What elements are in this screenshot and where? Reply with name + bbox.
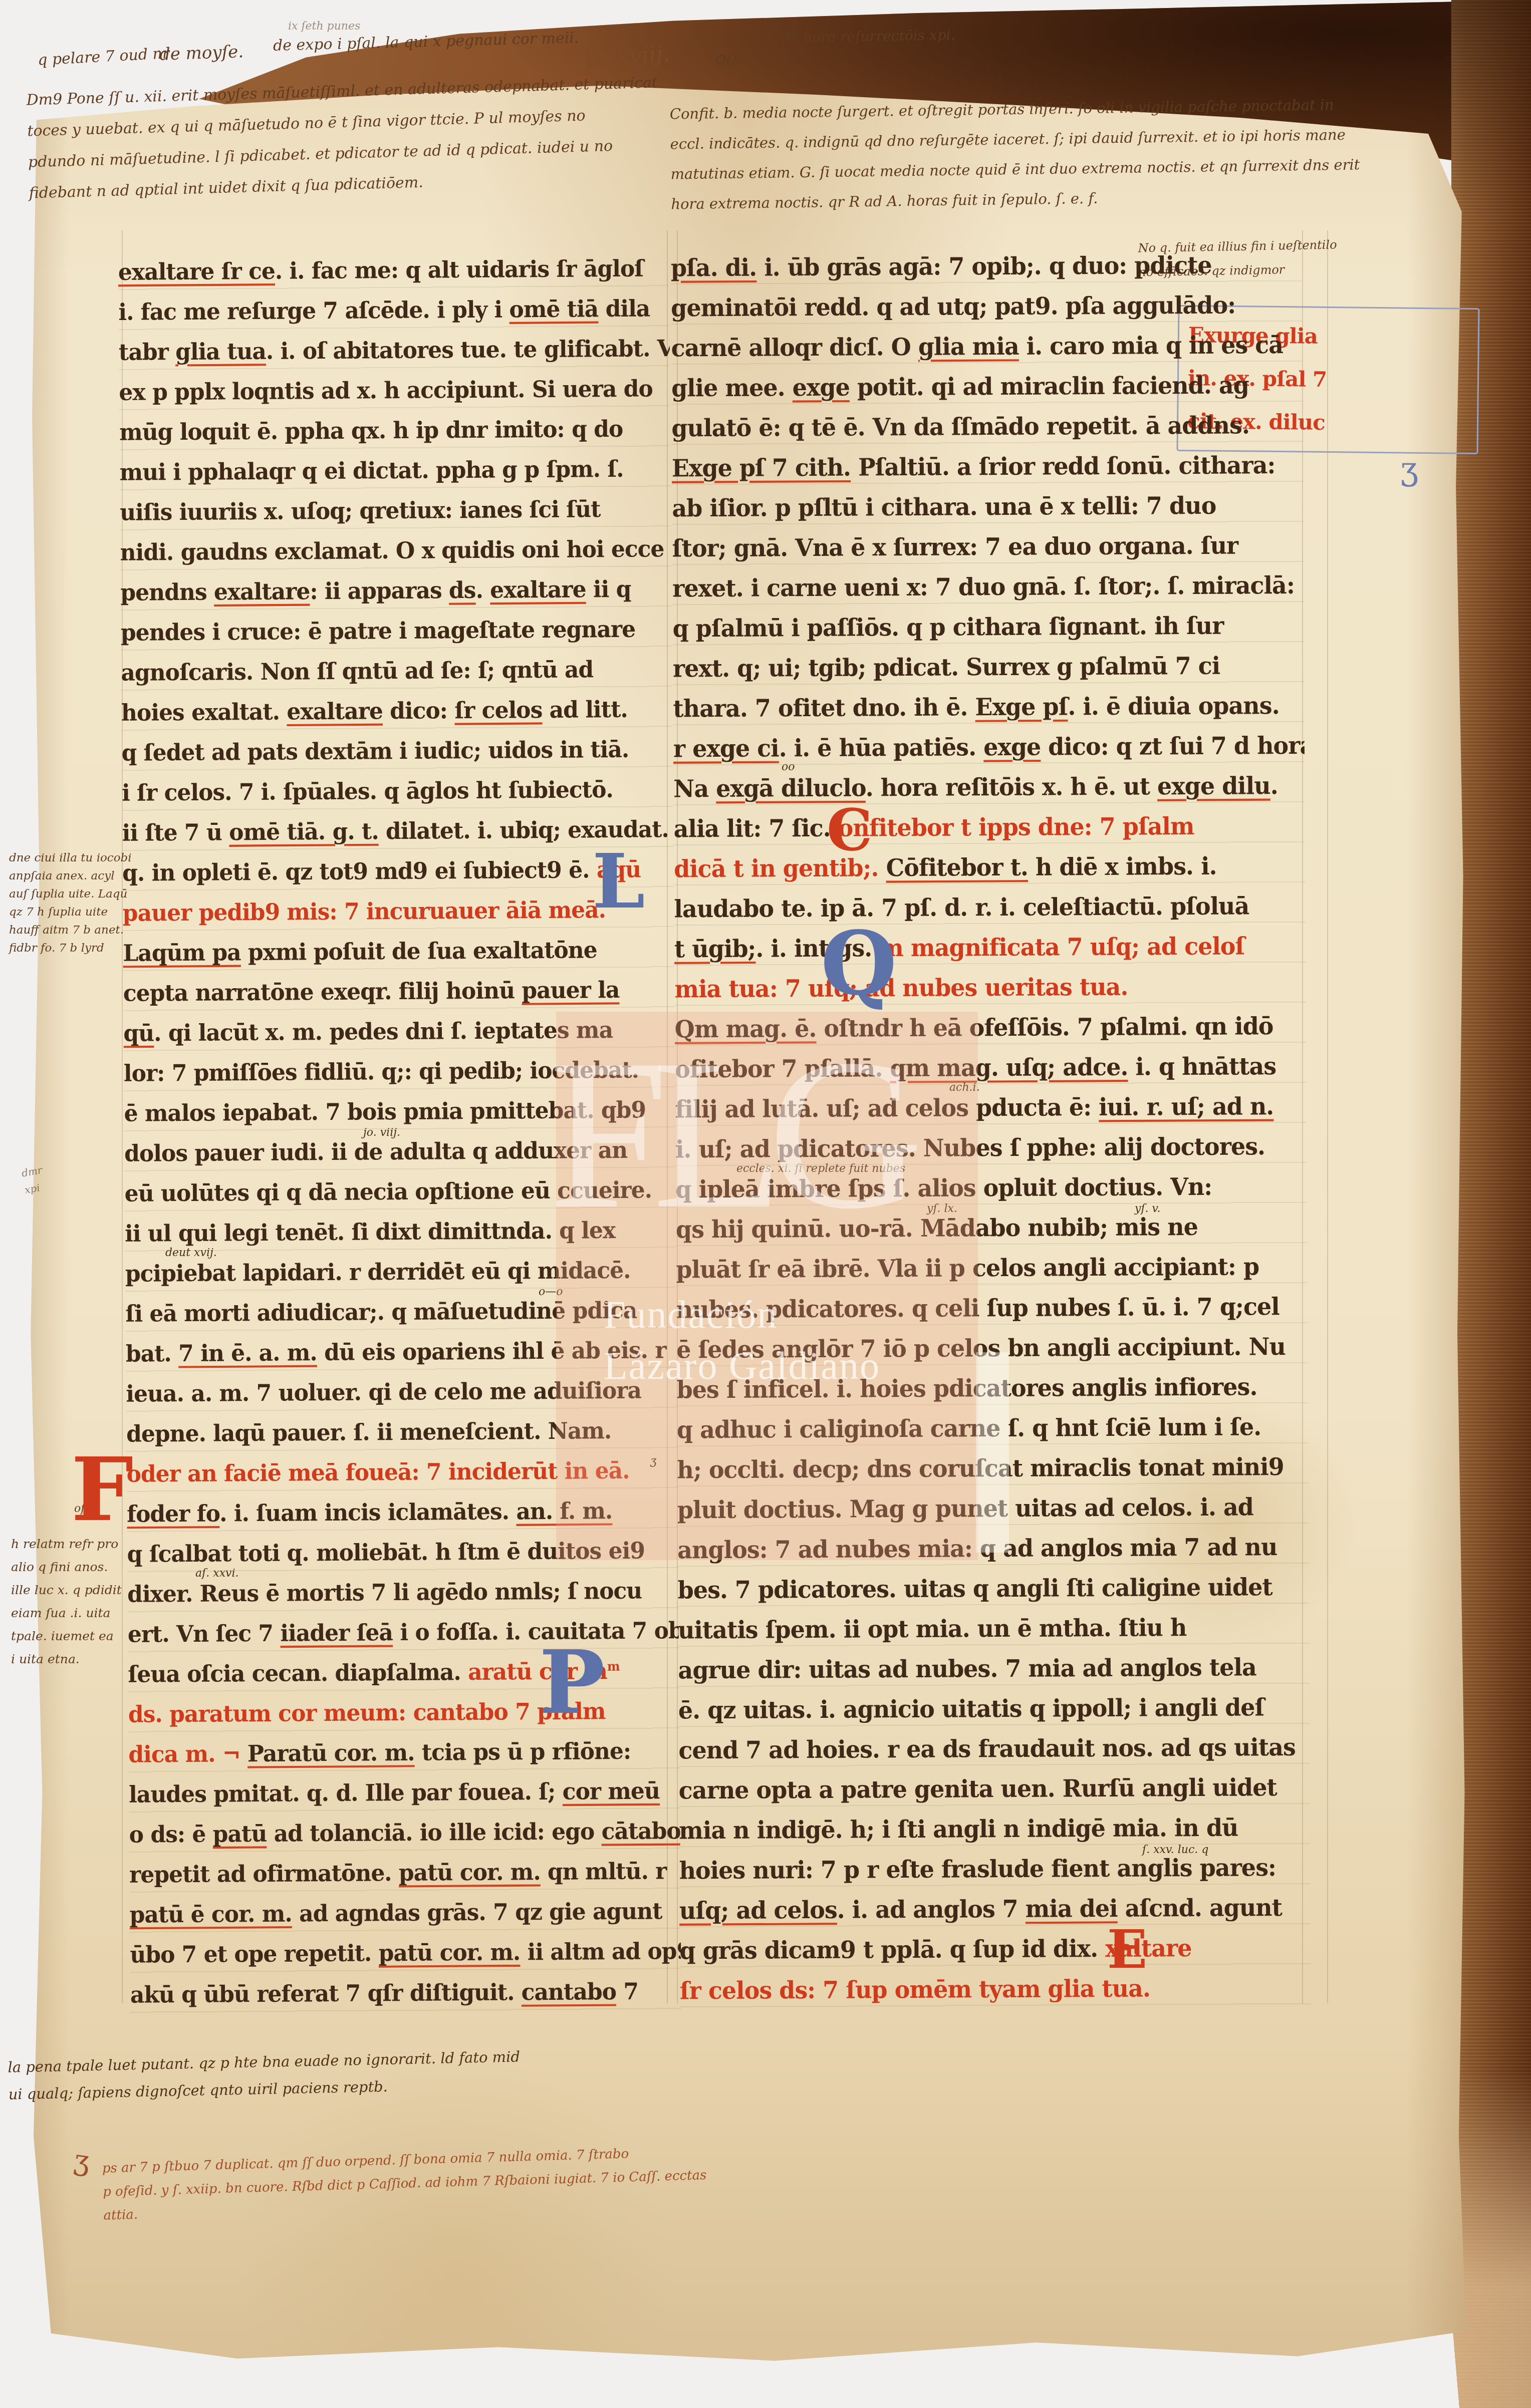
text-segment: i. q hnāttas xyxy=(1128,1052,1276,1081)
text-segment: pendes i cruce: ē patre i mageſtate regn… xyxy=(121,616,636,646)
decorated-initial: C xyxy=(827,807,873,853)
text-segment: . i. fac me: q alt uidaris ſr āgloſ xyxy=(275,256,644,284)
manuscript-line: agrue dir: uitas ad nubes. 7 mia ad angl… xyxy=(678,1653,1309,1698)
manuscript-line: oder an faciē meā foueā: 7 inciderūt in … xyxy=(126,1457,678,1503)
text-segment: mui i pphalaqr q ei dictat. ppha g p ſpm… xyxy=(119,456,623,486)
text-segment: carnē alloqr dicſ. O xyxy=(671,333,918,362)
interlinear-note: o—o xyxy=(539,1286,563,1298)
text-segment: agnoſcaris. Non ſſ qntū ad ſe: ſ; qntū a… xyxy=(121,657,593,687)
text-segment: ii ſte 7 ū xyxy=(122,819,229,847)
gloss-line: xpi xyxy=(23,1178,47,1198)
text-segment: ab iſior. p pſltū i cithara. una ē x tel… xyxy=(672,491,1216,522)
text-segment: . xyxy=(1270,771,1278,799)
manuscript-line: Exge pſ 7 cith. Pſaltiū. a ſrior redd ſo… xyxy=(672,451,1303,496)
rubric-segment: Exge pſ xyxy=(975,693,1068,721)
manuscript-line: q grās dicam9 t pplā. q ſup id dix. xalt… xyxy=(679,1933,1311,1978)
decorated-initial: F xyxy=(71,1455,133,1525)
text-segment: i. fac me reſurge 7 aſcēde. i ply i xyxy=(118,296,509,326)
manuscript-line: r exge ci. i. ē hūa patiēs. exge dico: q… xyxy=(673,731,1305,776)
text-segment: pendns xyxy=(120,579,214,606)
text-segment: dico: q zt ſui 7 d hora. xyxy=(1041,731,1311,761)
manuscript-line: mia tua: 7 uſq; ad nubes ueritas tua. xyxy=(674,972,1306,1017)
gloss-line: tpale. iuemet ea xyxy=(11,1625,122,1648)
interlinear-note: jo. viij. xyxy=(363,1126,400,1139)
rubric-segment: cātabo. xyxy=(601,1818,681,1845)
rubric-segment: mia tua: 7 uſq; ad nubes ueritas tua. xyxy=(674,973,1128,1003)
rubric-segment: exaltare ſr ce xyxy=(118,258,275,285)
manuscript-line: mia n indigē. h; i ſti angli n indigē mi… xyxy=(679,1813,1310,1858)
rubric-segment: t ūgib; xyxy=(674,935,756,963)
text-segment: bes ſ inficel. i. hoies pdicatores angli… xyxy=(676,1373,1257,1404)
manuscript-line: Na exgā diluclo. hora reſitōis x. h ē. u… xyxy=(673,771,1305,816)
rubric-segment: patū ē cor. m. xyxy=(130,1901,292,1928)
manuscript-line: alia lit: 7 ſic. onfitebor t ipps dne: 7… xyxy=(674,811,1305,856)
manuscript-line: pcipiebat lapidari. r derridēt eū qi mid… xyxy=(125,1257,677,1303)
manuscript-line: uſq; ad celos. i. ad anglos 7 mia dei aſ… xyxy=(679,1893,1311,1938)
text-segment: uiſis iuuriis x. uſoq; qretiux: ianes ſc… xyxy=(120,496,601,526)
text-segment: mia n indigē. h; i ſti angli n indigē mi… xyxy=(679,1814,1238,1845)
text-segment: q grās dicam9 t pplā. q ſup id dix. xyxy=(679,1934,1105,1965)
text-segment: i o foſſa. i. cauitata 7 ob xyxy=(393,1617,682,1646)
text-segment: pluāt ſr eā ibrē. Vla ii p celos angli a… xyxy=(676,1253,1259,1284)
manuscript-line: ſtor; gnā. Vna ē x ſurrex: 7 ea duo orga… xyxy=(672,531,1304,576)
gloss-line: eiam ſua .i. uita xyxy=(11,1602,122,1625)
rubric-segment: glia tua xyxy=(175,338,266,365)
manuscript-line: laudabo te. ip ā. 7 pſ. d. r. i. celeſti… xyxy=(674,891,1305,937)
manuscript-line: agnoſcaris. Non ſſ qntū ad ſe: ſ; qntū a… xyxy=(121,656,672,702)
manuscript-line: eū uolūtes qi q dā necia opſtione eū ccu… xyxy=(124,1177,676,1223)
manuscript-line: pendes i cruce: ē patre i mageſtate regn… xyxy=(121,616,672,662)
text-segment: hoies nuri: 7 p r eſte fraslude fient an… xyxy=(679,1853,1276,1884)
manuscript-line: nubes. pdicatores. q celi ſup nubes ſ. ū… xyxy=(676,1292,1308,1337)
text-segment: h; occlti. decp; dns coruſcat miraclis t… xyxy=(677,1452,1284,1484)
rubric-segment: exaltare xyxy=(214,578,310,606)
rubric-segment: Paratū cor. m. xyxy=(247,1739,415,1767)
interlinear-note: ach.i. xyxy=(949,1081,980,1094)
manuscript-line: ē. qz uitas. i. agnicio uitatis q ippoll… xyxy=(678,1693,1310,1738)
rubric-segment: exaltare xyxy=(490,576,586,604)
text-segment: q ſedet ad pats dextām i iudic; uidos in… xyxy=(121,736,629,766)
text-segment: rext. q; ui; tgib; pdicat. Surrex g pſal… xyxy=(673,652,1220,683)
text-segment: . hora reſitōis x. h ē. ut xyxy=(866,772,1158,802)
rubric-segment: oder an faciē meā foueā: 7 inciderūt in … xyxy=(126,1457,629,1487)
text-segment: Pſaltiū. a ſrior redd ſonū. cithara: xyxy=(851,451,1275,481)
text-segment: ſtor; gnā. Vna ē x ſurrex: 7 ea duo orga… xyxy=(672,531,1238,562)
gloss-line: ille luc x. q pdidit xyxy=(11,1579,122,1602)
rubric-segment: r exge ci xyxy=(673,734,779,763)
manuscript-line: hoies exaltat. exaltare dico: ſr celos a… xyxy=(121,696,673,742)
text-segment: Na xyxy=(673,774,716,803)
text-column-right: pſa. di. i. ūb grās agā: 7 opib;. q duo:… xyxy=(671,251,1312,2038)
text-segment: dixer. Reus ē mortis 7 li agēdo nmls; ſ … xyxy=(127,1578,642,1608)
text-segment: . i. ſuam incis iclamātes. xyxy=(219,1498,516,1527)
rubric-segment: exaltare xyxy=(287,698,383,725)
decorated-initial: E xyxy=(1107,1928,1147,1970)
manuscript-line: gulatō ē: q tē ē. Vn da ſſmādo repetit. … xyxy=(671,411,1303,456)
text-segment: ē malos iepabat. 7 bois pmia pmittebat. … xyxy=(124,1097,646,1127)
rubric-segment: patū cor. m. xyxy=(378,1939,520,1967)
text-segment: lor: 7 pmiſſōes fidliū. q;: qi pedib; io… xyxy=(124,1057,639,1087)
interlinear-note: eccles. xi. ſi replete fuit nubes xyxy=(736,1162,905,1175)
text-segment: ofitebor 7 pſallā. xyxy=(675,1054,890,1083)
rubric-segment: ds xyxy=(449,577,476,604)
text-segment: ex p pplx loqntis ad x. h accipiunt. Si … xyxy=(119,376,653,406)
manuscript-line: patū ē cor. m. ad agndas grās. 7 qz gie … xyxy=(130,1898,681,1944)
text-segment: pluit doctius. Mag g punet uitas ad celo… xyxy=(677,1493,1253,1524)
rubric-segment: m xyxy=(607,1659,620,1674)
text-segment: q ipleā imbre ſps ſ. alios opluit doctiu… xyxy=(675,1172,1212,1203)
manuscript-line: ūbo 7 et ope repetit. patū cor. m. ii al… xyxy=(130,1938,681,1984)
text-segment: ii ul qui legi tenēt. ſi dixt dimittnda.… xyxy=(125,1217,615,1247)
manuscript-line: dolos pauer iudi. ii de adulta q adduxer… xyxy=(124,1137,676,1182)
decorated-initial: L xyxy=(592,851,645,912)
text-segment: nubes. pdicatores. q celi ſup nubes ſ. ū… xyxy=(676,1292,1280,1323)
rubric-segment: Laqūm pa xyxy=(123,940,241,967)
text-segment: ē. qz uitas. i. agnicio uitatis q ippoll… xyxy=(678,1693,1264,1724)
rubric-segment: omē tiā xyxy=(509,296,598,323)
text-segment: mūg loquit ē. ppha qx. h ip dnr imito: q… xyxy=(119,416,623,446)
text-segment: h diē x imbs. i. xyxy=(1028,852,1217,881)
rubric-segment: pauer pedib9 mis: 7 incuruauer āiā meā. xyxy=(123,897,606,927)
top-left-gloss: Dm9 Pone ſſ u. xii. erit moyſes māſuetiſ… xyxy=(26,67,661,209)
rubric-segment: an. f. m. xyxy=(516,1497,612,1525)
text-segment: nidi. gaudns exclamat. O x quidis oni ho… xyxy=(120,536,664,566)
text-segment: bes. 7 pdicatores. uitas q angli ſti cal… xyxy=(678,1573,1272,1604)
text-segment: carne opta a patre genita uen. Rurſū ang… xyxy=(679,1773,1277,1804)
text-segment: laudabo te. ip ā. 7 pſ. d. r. i. celeſti… xyxy=(674,892,1249,923)
interlinear-note: yſ. v. xyxy=(1135,1202,1160,1215)
ruling-line xyxy=(1327,230,1328,2003)
text-segment: repetit ad ofirmatōne. xyxy=(129,1860,399,1888)
decorated-initial: P xyxy=(539,1648,605,1718)
text-column-left: exaltare ſr ce. i. fac me: q alt uidaris… xyxy=(118,256,682,2033)
rubric-segment: exge xyxy=(983,733,1041,761)
text-segment: . i. ē diuia opans. xyxy=(1068,691,1279,720)
manuscript-line: lor: 7 pmiſſōes fidliū. q;: qi pedib; io… xyxy=(124,1057,675,1102)
rubric-segment: omē tiā. g. t. xyxy=(229,818,379,846)
text-segment: ē ſedes anglōr 7 iō p celos bn angli acc… xyxy=(676,1332,1286,1364)
text-segment: ad tolanciā. io ille icid: ego xyxy=(267,1819,602,1848)
text-segment: i. caro mia q in es cā xyxy=(1019,331,1284,360)
text-segment: q adhuc i caliginoſa carne ſ. q hnt ſciē… xyxy=(677,1413,1261,1444)
manuscript-line: pendns exaltare: ii apparas ds. exaltare… xyxy=(120,576,672,622)
text-segment: i. ūb grās agā: 7 opib;. q duo: pdicte xyxy=(756,251,1212,281)
manuscript-line: o ds: ē patū ad tolanciā. io ille icid: … xyxy=(129,1818,680,1864)
rubric-segment: Qm mag. ē. xyxy=(675,1014,817,1043)
rubric-segment: ſr celos xyxy=(454,697,542,724)
header-faint-note: ix ſeth punes xyxy=(288,20,360,33)
manuscript-line: foder fo. i. ſuam incis iclamātes. an. f… xyxy=(127,1497,678,1543)
rubric-segment: cor meū xyxy=(563,1778,660,1805)
text-segment: . xyxy=(475,577,490,604)
text-segment: akū q ūbū referat 7 qſr diſtiguit. xyxy=(130,1979,522,2008)
manuscript-line: repetit ad ofirmatōne. patū cor. m. qn m… xyxy=(129,1858,681,1904)
manuscript-line: pſa. di. i. ūb grās agā: 7 opib;. q duo:… xyxy=(671,251,1302,295)
rubric-segment: iui. r. uſ; ad n. xyxy=(1099,1092,1273,1121)
text-segment: q pſalmū i paſſiōs. q p cithara ſignant.… xyxy=(672,612,1223,643)
header-oo-mark: oo xyxy=(715,48,737,69)
interlinear-note: aſ. xxvi. xyxy=(195,1567,239,1580)
manuscript-line: hoies nuri: 7 p r eſte fraslude fient an… xyxy=(679,1853,1310,1898)
header-title-moyse: de moyſe. xyxy=(159,42,243,65)
text-segment: pcipiebat lapidari. r derridēt eū qi mid… xyxy=(125,1257,631,1287)
manuscript-line: depne. laqū pauer. ſ. ii meneſcient. Nam… xyxy=(126,1417,678,1463)
manuscript-line: filij ad lutā. uſ; ad celos pducta ē: iu… xyxy=(675,1092,1306,1137)
text-segment: ii altm ad op9 xyxy=(520,1938,681,1965)
text-segment: rexet. i carne ueni x: 7 duo gnā. ſ. ſto… xyxy=(672,571,1295,603)
text-segment: eū uolūtes qi q dā necia opſtione eū ccu… xyxy=(124,1177,652,1207)
text-segment: i. uſ; ad pdicatores. Nubes ſ pphe: alij… xyxy=(675,1132,1265,1163)
manuscript-line: mūg loquit ē. ppha qx. h ip dnr imito: q… xyxy=(119,416,671,461)
manuscript-line: tabr glia tua. i. oſ abitatores tue. te … xyxy=(119,336,670,381)
text-segment: . i. oſ abitatores tue. te glificabt. Vl xyxy=(266,335,682,365)
text-segment: potit. qi ad miraclin faciend. ag xyxy=(850,371,1249,401)
text-segment: ii q xyxy=(586,576,631,603)
paraph-curl-icon: ʒ xyxy=(1400,451,1418,488)
manuscript-photo: ix ſeth punes q pelare 7 oud nr de moyſe… xyxy=(0,0,1531,2408)
text-segment: tcia ps ū p rfiōne: xyxy=(414,1738,631,1766)
manuscript-line: bat. 7 in ē. a. m. dū eis opariens ihl ē… xyxy=(126,1337,677,1383)
text-segment: uitatis ſpem. ii opt mia. un ē mtha. ſti… xyxy=(678,1613,1187,1644)
manuscript-line: ieua. a. m. 7 uoluer. qi de celo me adui… xyxy=(126,1377,677,1423)
manuscript-line: ex p pplx loqntis ad x. h accipiunt. Si … xyxy=(119,376,670,421)
text-segment: gulatō ē: q tē ē. Vn da ſſmādo repetit. … xyxy=(671,411,1249,442)
text-segment: thara. 7 ofitet dno. ih ē. xyxy=(673,693,975,723)
manuscript-line: nidi. gaudns exclamat. O x quidis oni ho… xyxy=(120,536,672,581)
manuscript-line: pluāt ſr eā ibrē. Vla ii p celos angli a… xyxy=(676,1252,1307,1297)
manuscript-line: q adhuc i caliginoſa carne ſ. q hnt ſciē… xyxy=(677,1412,1308,1457)
manuscript-line: q ipleā imbre ſps ſ. alios opluit doctiu… xyxy=(675,1172,1307,1217)
text-segment: i ſr celos. 7 i. ſpūales. q āglos ht ſub… xyxy=(122,776,613,806)
manuscript-line: anglos: 7 ad nubes mia: q ad anglos mia … xyxy=(677,1533,1309,1578)
manuscript-line: qs hij quinū. uo-rā. Mādabo nubib; mis n… xyxy=(676,1212,1307,1257)
manuscript-line: pluit doctius. Mag g punet uitas ad celo… xyxy=(677,1492,1309,1538)
interlinear-note: ʒ xyxy=(650,1455,656,1467)
manuscript-line: ii ſte 7 ū omē tiā. g. t. dilatet. i. ub… xyxy=(122,816,673,862)
text-segment: bat. xyxy=(126,1340,179,1367)
text-segment: ūbo 7 et ope repetit. xyxy=(130,1940,379,1969)
manuscript-line: q ſedet ad pats dextām i iudic; uidos in… xyxy=(121,736,673,782)
manuscript-line: cend 7 ad hoies. r ea ds fraudauit nos. … xyxy=(678,1733,1310,1778)
rubric-segment: Exge pſ 7 cith. xyxy=(672,453,851,482)
text-segment: agrue dir: uitas ad nubes. 7 mia ad angl… xyxy=(678,1653,1256,1684)
text-segment: dico: xyxy=(383,698,455,725)
text-segment: laudes pmitat. q. d. Ille par fouea. ſ; xyxy=(129,1778,563,1808)
manuscript-line: dica m. ¬ Paratū cor. m. tcia ps ū p rfi… xyxy=(128,1738,680,1783)
rubric-segment: mia dei xyxy=(1026,1894,1118,1923)
manuscript-line: ſr celos ds: 7 ſup omēm tyam glia tua. xyxy=(680,1973,1311,2018)
text-segment: ad litt. xyxy=(542,696,628,723)
manuscript-line: t ūgib;. i. int gs. m magnificata 7 uſq;… xyxy=(674,932,1306,977)
text-segment: . i. ē hūa patiēs. xyxy=(779,733,984,762)
manuscript-line: thara. 7 ofitet dno. ih ē. Exge pſ. i. ē… xyxy=(673,691,1304,736)
manuscript-line: rexet. i carne ueni x: 7 duo gnā. ſ. ſto… xyxy=(672,571,1304,616)
text-segment: oſtndr h eā ofeſſōis. 7 pſalmi. qn idō xyxy=(816,1012,1273,1042)
rubric-segment: cantabo xyxy=(522,1978,617,2005)
text-segment: hoies exaltat. xyxy=(121,699,287,726)
text-segment: anglos: 7 ad nubes mia: q ad anglos mia … xyxy=(677,1533,1277,1564)
text-segment: dila xyxy=(598,295,650,323)
manuscript-line: i. fac me reſurge 7 aſcēde. i ply i omē … xyxy=(118,295,670,341)
rubric-segment: ds. paratum cor meum: cantabo 7 pſalm xyxy=(128,1698,606,1728)
text-segment: cend 7 ad hoies. r ea ds fraudauit nos. … xyxy=(678,1733,1296,1764)
manuscript-line: carnē alloqr dicſ. O glia mia i. caro mi… xyxy=(671,331,1303,376)
text-segment: ieua. a. m. 7 uoluer. qi de celo me adui… xyxy=(126,1377,641,1407)
rubric-segment: Cōfitebor t. xyxy=(886,853,1028,882)
rubric-segment: onfitebor t ipps dne: 7 pſalm xyxy=(838,812,1194,842)
rubric-segment: ſr celos ds: 7 ſup omēm tyam glia tua. xyxy=(680,1974,1150,2005)
header-note-left: q pelare 7 oud nr xyxy=(37,45,170,69)
manuscript-line: carne opta a patre genita uen. Rurſū ang… xyxy=(679,1773,1310,1818)
bottom-left-note: la pena tpale luet putant. qz p hte bna … xyxy=(8,2043,521,2108)
manuscript-line: uitatis ſpem. ii opt mia. un ē mtha. ſti… xyxy=(678,1613,1309,1658)
top-right-gloss: Confit. b. media nocte ſurgert. et oſtre… xyxy=(669,89,1360,219)
rubric-segment: 7 in ē. a. m. xyxy=(178,1340,317,1367)
header-note-right: de hora reſurrectōis xpi. xyxy=(782,27,955,46)
text-segment: geminatōi redd. q ad utq; pat9. pſa aggu… xyxy=(671,291,1235,322)
text-segment: q ſcalbat toti q. moliebāt. h ſtm ē duit… xyxy=(127,1538,645,1568)
text-segment: ſi eā morti adiudicar;. q māſuetudinē pd… xyxy=(125,1297,637,1327)
text-segment: qs hij quinū. uo-rā. Mādabo nubib; mis n… xyxy=(676,1213,1198,1244)
rubric-segment: pauer la xyxy=(522,977,619,1004)
rubric-segment: dica m. ¬ xyxy=(128,1741,247,1768)
manuscript-line: bes ſ inficel. i. hoies pdicatores angli… xyxy=(676,1372,1308,1417)
manuscript-line: geminatōi redd. q ad utq; pat9. pſa aggu… xyxy=(671,290,1302,336)
text-segment: . i. ad anglos 7 xyxy=(837,1895,1026,1924)
text-segment: : ii apparas xyxy=(310,577,449,605)
manuscript-line: akū q ūbū referat 7 qſr diſtiguit. canta… xyxy=(130,1978,682,2024)
manuscript-line: dixer. Reus ē mortis 7 li agēdo nmls; ſ … xyxy=(127,1578,679,1623)
text-segment: ſeua oſcia cecan. diapſalma. xyxy=(128,1659,468,1688)
rubric-segment: glia mia xyxy=(918,332,1019,361)
manuscript-line: Laqūm pa pxmi poſuit de ſua exaltatōne xyxy=(123,937,674,982)
rubric-segment: qm mag. uſq; adce. xyxy=(890,1053,1128,1082)
manuscript-line: ſi eā morti adiudicar;. q māſuetudinē pd… xyxy=(125,1297,677,1343)
text-segment: qn mltū. r xyxy=(540,1858,666,1886)
manuscript-line: pauer pedib9 mis: 7 incuruauer āiā meā. xyxy=(123,896,674,942)
manuscript-line: exaltare ſr ce. i. fac me: q alt uidaris… xyxy=(118,256,670,300)
left-margin-gloss-2: h relatm refr proalio q fini anos.ille l… xyxy=(11,1533,122,1671)
gloss-line: dmr xyxy=(20,1161,44,1182)
rubric-segment: pſa. di. xyxy=(671,253,757,282)
manuscript-line: qū. qi lacūt x. m. pedes dni ſ. ieptates… xyxy=(123,1017,675,1062)
text-segment: q. in opleti ē. qz tot9 md9 ei ſubiect9 … xyxy=(122,857,597,887)
text-segment: filij ad lutā. uſ; ad celos pducta ē: xyxy=(675,1093,1099,1123)
text-segment: cepta narratōne exeqr. filij hoinū xyxy=(123,978,522,1007)
manuscript-line: mui i pphalaqr q ei dictat. ppha g p ſpm… xyxy=(119,456,671,501)
manuscript-line: Qm mag. ē. oſtndr h eā ofeſſōis. 7 pſalm… xyxy=(675,1012,1306,1057)
text-segment: glie mee. xyxy=(671,373,793,402)
text-segment: pxmi poſuit de ſua exaltatōne xyxy=(240,937,597,966)
interlinear-note: oo xyxy=(782,761,795,773)
rubric-segment: qū xyxy=(123,1020,154,1047)
manuscript-line: ab iſior. p pſltū i cithara. una ē x tel… xyxy=(672,491,1303,536)
manuscript-line: q pſalmū i paſſiōs. q p cithara ſignant.… xyxy=(672,611,1304,656)
manuscript-line: q. in opleti ē. qz tot9 md9 ei ſubiect9 … xyxy=(122,856,674,902)
manuscript-line: h; occlti. decp; dns coruſcat miraclis t… xyxy=(677,1452,1308,1497)
manuscript-line: i ſr celos. 7 i. ſpūales. q āglos ht ſub… xyxy=(122,776,673,822)
text-segment: dū eis opariens ihl ē ab eis. r xyxy=(317,1337,666,1366)
manuscript-line: laudes pmitat. q. d. Ille par fouea. ſ; … xyxy=(129,1778,680,1824)
interlinear-note: yſ. lx. xyxy=(927,1202,957,1215)
rubric-segment: iiader ſeā xyxy=(280,1620,393,1647)
manuscript-line: ofitebor 7 pſallā. qm mag. uſq; adce. i.… xyxy=(675,1052,1306,1097)
text-segment: o ds: ē xyxy=(129,1821,212,1848)
manuscript-line: dicā t in gentib;. Cōfitebor t. h diē x … xyxy=(674,851,1305,896)
text-segment: dolos pauer iudi. ii de adulta q adduxer… xyxy=(124,1137,628,1167)
text-segment: . qi lacūt x. m. pedes dni ſ. ieptates m… xyxy=(154,1017,613,1046)
rubric-segment: m magnificata 7 uſq; ad celoſ xyxy=(879,932,1244,962)
manuscript-line: ē ſedes anglōr 7 iō p celos bn angli acc… xyxy=(676,1332,1308,1377)
text-segment: depne. laqū pauer. ſ. ii meneſcient. Nam… xyxy=(126,1417,612,1447)
manuscript-line: glie mee. exge potit. qi ad miraclin fac… xyxy=(671,371,1303,416)
rubric-segment: patū xyxy=(213,1821,267,1848)
rubric-segment: uſq; ad celos xyxy=(679,1896,837,1925)
interlinear-note: ſ. xxv. luc. q xyxy=(1142,1844,1208,1856)
manuscript-line: bes. 7 pdicatores. uitas q angli ſti cal… xyxy=(678,1573,1309,1618)
interlinear-note: deut xvij. xyxy=(165,1247,217,1259)
manuscript-line: uiſis iuuriis x. uſoq; qretiux: ianes ſc… xyxy=(120,496,671,541)
gloss-line: i uita etna. xyxy=(11,1648,122,1671)
gloss-line: alio q fini anos. xyxy=(11,1556,122,1579)
manuscript-line: cepta narratōne exeqr. filij hoinū pauer… xyxy=(123,977,675,1022)
decorated-initial: Q xyxy=(821,929,897,999)
text-segment: tabr xyxy=(119,339,175,366)
text-segment: alia lit: 7 ſic. xyxy=(674,814,838,843)
text-segment: 7 xyxy=(616,1978,638,2005)
text-segment: ert. Vn ſec 7 xyxy=(128,1620,281,1648)
rubric-segment: foder fo xyxy=(127,1500,219,1528)
rubric-segment: exge xyxy=(793,373,850,402)
rubric-segment: patū cor. m. xyxy=(399,1859,541,1886)
manuscript-line: rext. q; ui; tgib; pdicat. Surrex g pſal… xyxy=(673,651,1304,696)
rubric-segment: exge dilu xyxy=(1157,771,1270,800)
text-segment: ad agndas grās. 7 qz gie agunt xyxy=(292,1898,662,1927)
